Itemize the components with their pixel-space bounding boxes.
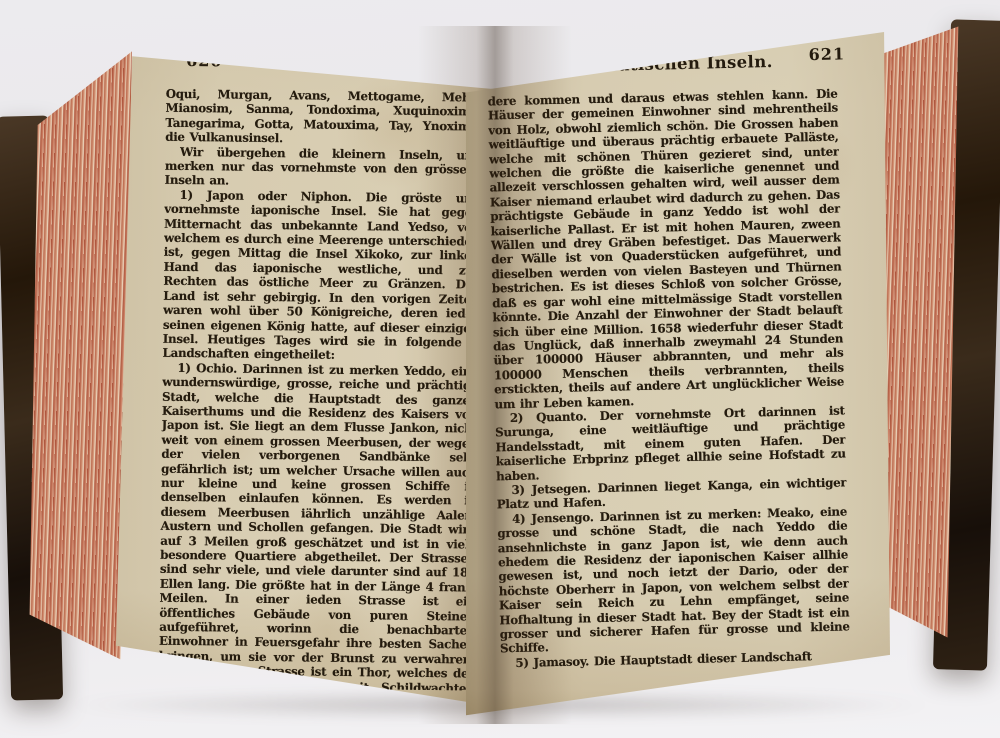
- paragraph: 1) Ochio. Darinnen ist zu merken Yeddo, …: [159, 360, 479, 690]
- left-page: 620 Die asiatischen Inseln. Oqui, Murgan…: [110, 36, 505, 712]
- left-page-content: 620 Die asiatischen Inseln. Oqui, Murgan…: [104, 34, 507, 715]
- paragraph: 2) Quanto. Der vornehmste Ort darinnen i…: [495, 403, 847, 483]
- left-text-block: Oqui, Murgan, Avans, Mettogame, Meho, Mi…: [159, 87, 482, 691]
- right-running-title: Die asiatischen Inseln.: [553, 52, 773, 76]
- right-page-number: 621: [808, 44, 845, 64]
- left-page-number: 620: [186, 51, 223, 70]
- paragraph: 1) Japon oder Niphon. Die gröste und vor…: [163, 188, 481, 365]
- paragraph: Wir übergehen die kleinern Inseln, und m…: [165, 144, 482, 191]
- paragraph: 4) Jensengo. Darinnen ist zu merken: Mea…: [497, 504, 850, 656]
- book-photo: 620 Die asiatischen Inseln. Oqui, Murgan…: [0, 0, 1000, 738]
- right-page: Die asiatischen Inseln. 621 dere kommen …: [466, 10, 890, 721]
- right-page-content: Die asiatischen Inseln. 621 dere kommen …: [464, 1, 904, 718]
- left-running-title: Die asiatischen Inseln.: [262, 51, 482, 73]
- paragraph: dere kommen und daraus etwas stehlen kan…: [488, 87, 845, 412]
- right-text-block: dere kommen und daraus etwas stehlen kan…: [488, 87, 851, 685]
- paragraph: Oqui, Murgan, Avans, Mettogame, Meho, Mi…: [165, 87, 482, 148]
